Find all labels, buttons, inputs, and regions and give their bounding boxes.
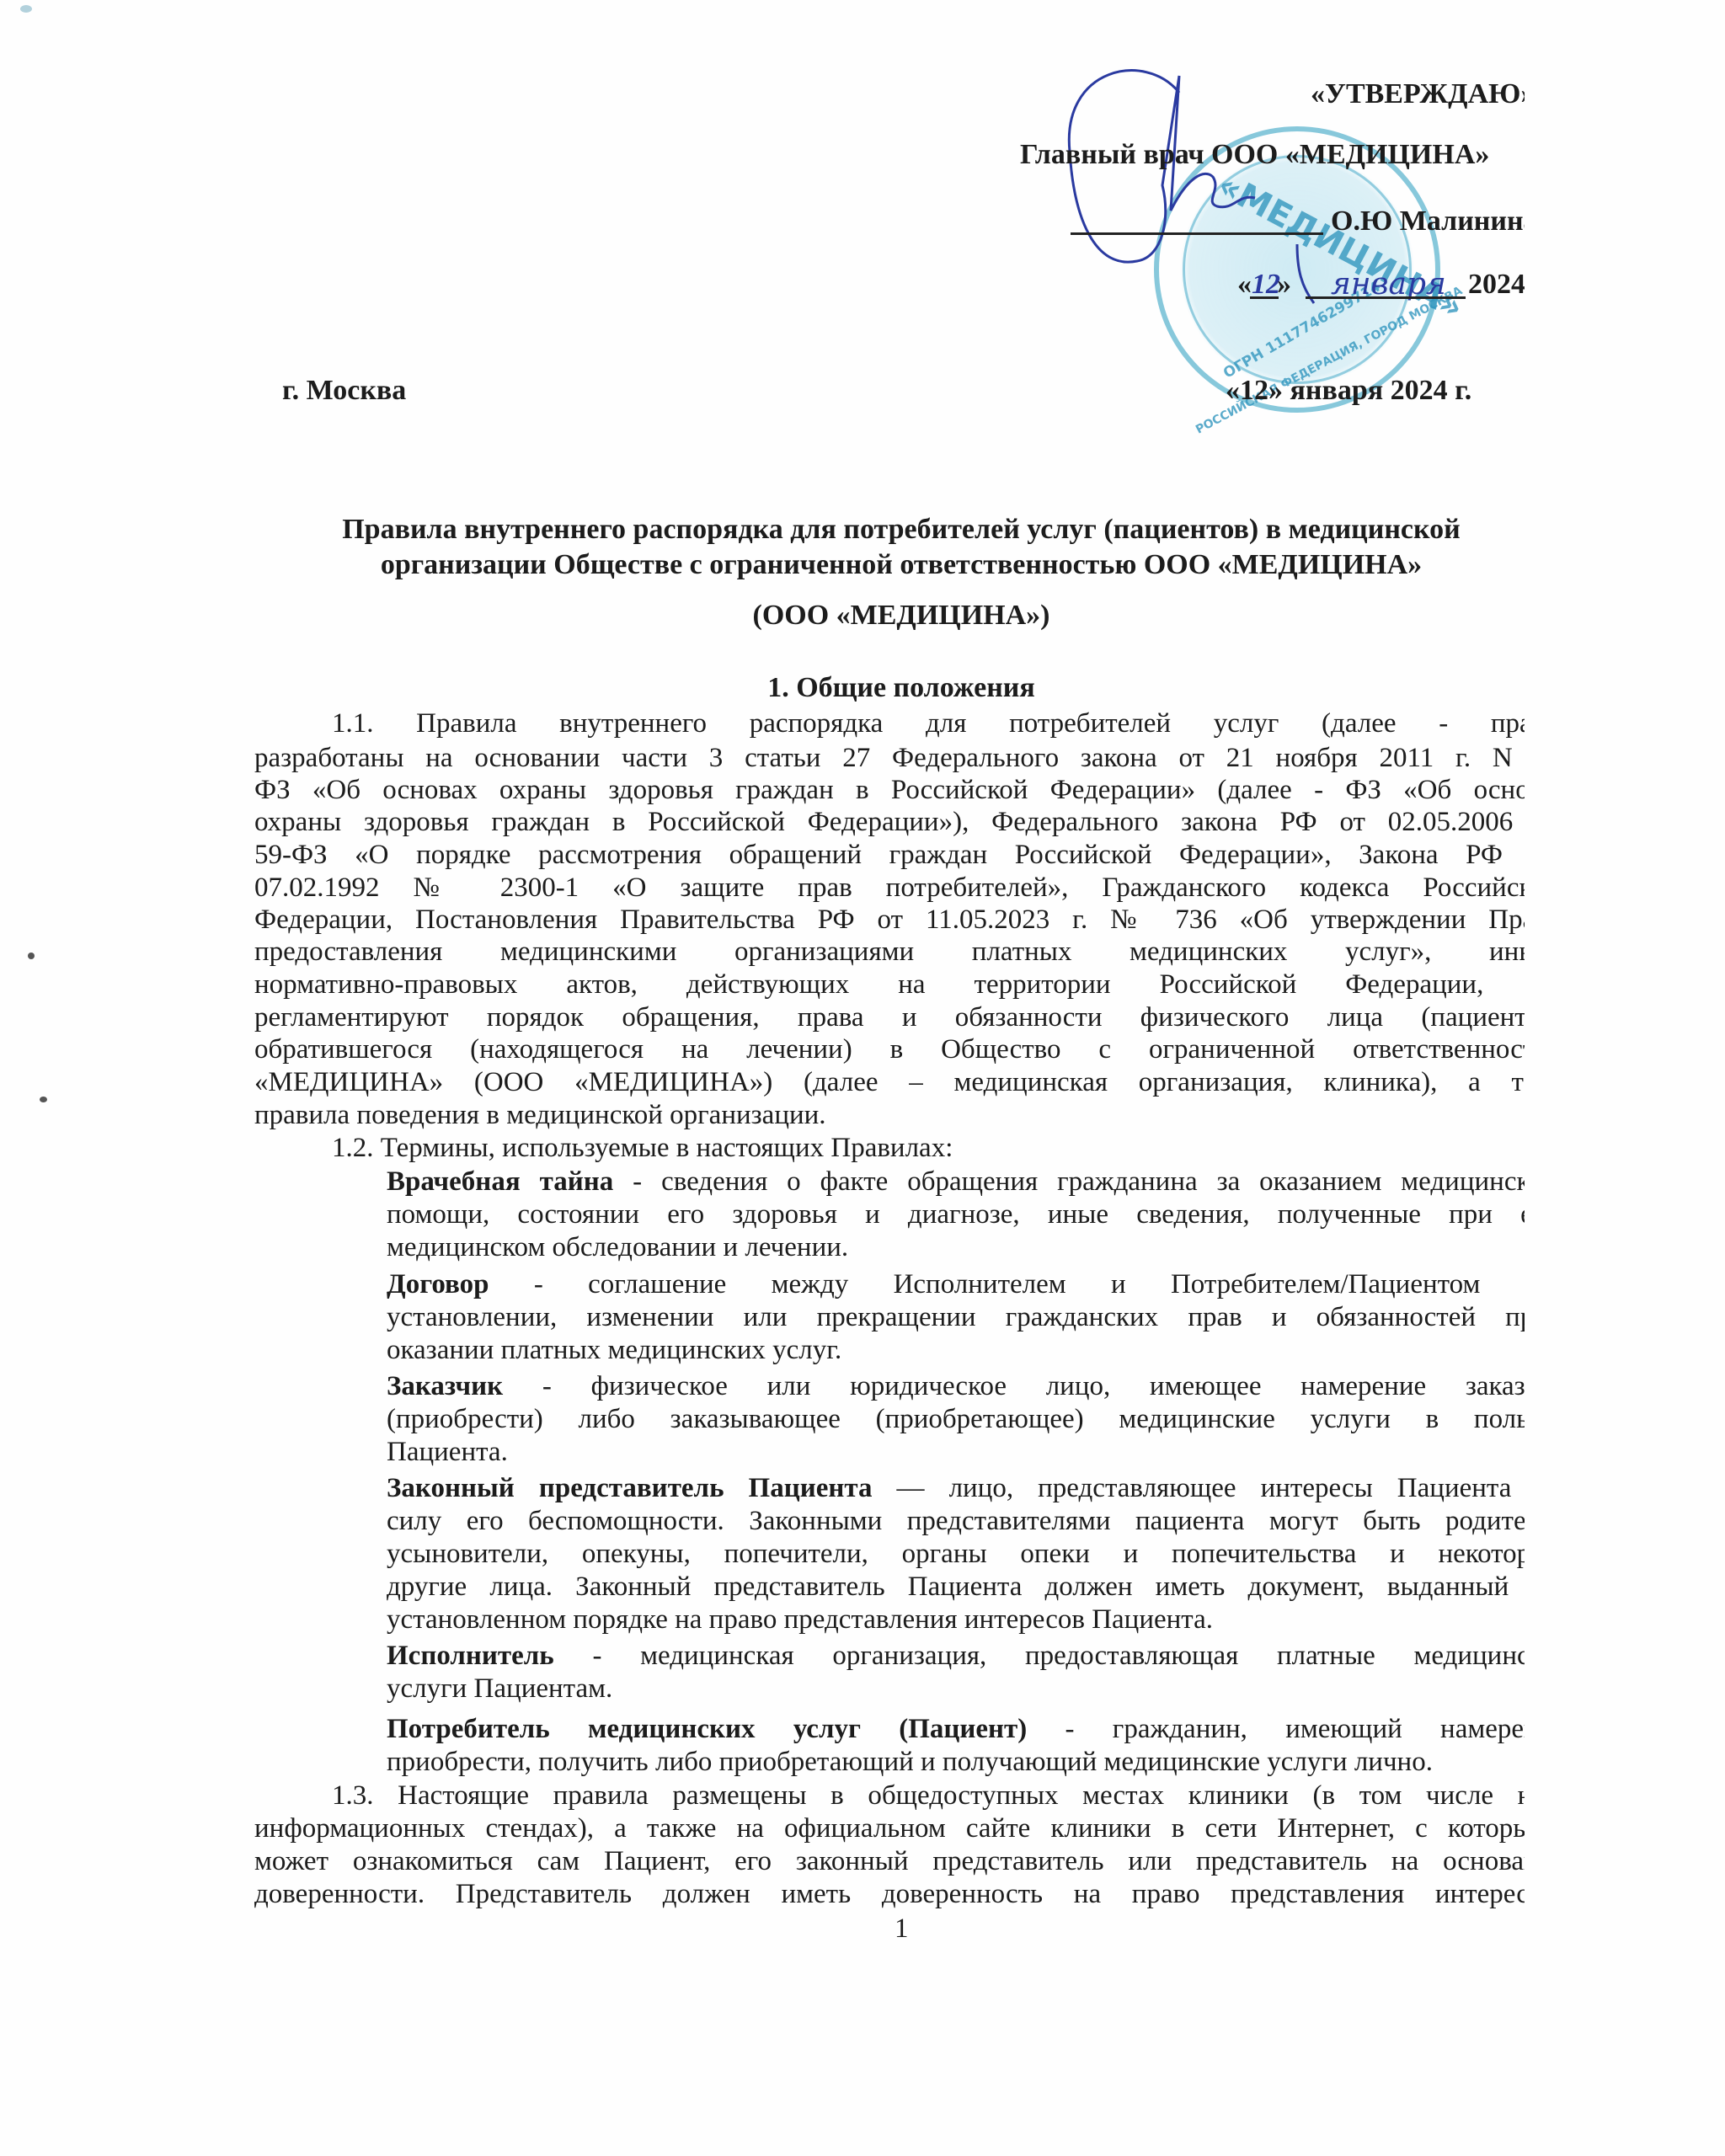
text-line: помощи, состоянии его здоровья и диагноз… (387, 1198, 1525, 1231)
text-line: обратившегося (находящегося на лечении) … (254, 1033, 1525, 1066)
text-line: Врачебная тайна - сведения о факте обращ… (387, 1165, 1525, 1198)
text-line: оказании платных медицинских услуг. (387, 1333, 841, 1367)
text-line: 1.3. Настоящие правила размещены в общед… (332, 1779, 1525, 1812)
approval-label: «УТВЕРЖДАЮ» (1311, 77, 1525, 111)
text-line: силу его беспомощности. Законными предст… (387, 1504, 1525, 1538)
term-label: Договор (387, 1269, 489, 1299)
text-line: ФЗ «Об основах охраны здоровья граждан в… (254, 773, 1525, 807)
text-line: доверенности. Представитель должен иметь… (254, 1877, 1525, 1911)
text-line: Федерации, Постановления Правительства Р… (254, 903, 1525, 937)
page-number: 1 (895, 1913, 909, 1945)
term-label: Исполнитель (387, 1641, 554, 1671)
date-month-line (1306, 296, 1466, 299)
text-line: Исполнитель - медицинская организация, п… (387, 1639, 1525, 1673)
text-line: разработаны на основании части 3 статьи … (254, 741, 1525, 775)
section-heading: 1. Общие положения (286, 670, 1516, 706)
text-line: предоставления медицинскими организациям… (254, 935, 1525, 969)
document-place: г. Москва (282, 374, 406, 408)
document-date: «12» января 2024 г. (1226, 374, 1471, 408)
text-line: усыновители, опекуны, попечители, органы… (387, 1537, 1525, 1571)
term-label: Законный представитель Пациента (387, 1473, 873, 1503)
text-line: 1.1. Правила внутреннего распорядка для … (332, 707, 1525, 740)
text-line: информационных стендах), а также на офиц… (254, 1812, 1525, 1845)
text-line: медицинском обследовании и лечении. (387, 1230, 848, 1264)
text-line: 59-ФЗ «О порядке рассмотрения обращений … (254, 838, 1525, 872)
approval-signatory: О.Ю Малинина (1331, 205, 1525, 238)
document-title-line-2: организации Обществе с ограниченной отве… (286, 547, 1516, 583)
text-line: Законный представитель Пациента — лицо, … (387, 1471, 1525, 1505)
document-page: «МЕДИЦИНА» ОГРН 1117746299714 РОССИЙСКАЯ… (0, 0, 1725, 2156)
term-label: Заказчик (387, 1371, 503, 1401)
text-line: установлении, изменении или прекращении … (387, 1300, 1525, 1334)
approval-date-year: 2024 (1468, 268, 1525, 302)
text-line: нормативно-правовых актов, действующих н… (254, 968, 1525, 1001)
text-line: Заказчик - физическое или юридическое ли… (387, 1369, 1525, 1403)
page-content: «УТВЕРЖДАЮ» Главный врач ООО «МЕДИЦИНА» … (0, 0, 1525, 2156)
date-day-line (1250, 296, 1279, 299)
text-line: правила поведения в медицинской организа… (254, 1098, 826, 1132)
text-line: регламентируют порядок обращения, права … (254, 1001, 1525, 1034)
text-line: другие лица. Законный представитель Паци… (387, 1570, 1525, 1604)
approval-position: Главный врач ООО «МЕДИЦИНА» (1020, 138, 1489, 172)
text-line: охраны здоровья граждан в Российской Фед… (254, 805, 1525, 839)
document-title-line-1: Правила внутреннего распорядка для потре… (286, 512, 1516, 547)
term-label: Врачебная тайна (387, 1166, 613, 1197)
term-label: Потребитель медицинских услуг (Пациент) (387, 1714, 1027, 1744)
text-line: (приобрести) либо заказывающее (приобрет… (387, 1402, 1525, 1436)
text-line: «МЕДИЦИНА» (ООО «МЕДИЦИНА») (далее – мед… (254, 1065, 1525, 1099)
text-line: услуги Пациентам. (387, 1672, 612, 1705)
text-line: 07.02.1992 № 2300-1 «О защите прав потре… (254, 871, 1525, 905)
text-line: приобрести, получить либо приобретающий … (387, 1745, 1433, 1779)
paragraph-1-2: 1.2. Термины, используемые в настоящих П… (332, 1131, 953, 1165)
text-line: может ознакомиться сам Пациент, его зако… (254, 1844, 1525, 1878)
text-line: Пациента. (387, 1435, 508, 1469)
text-line: Потребитель медицинских услуг (Пациент) … (387, 1712, 1525, 1746)
signature-line (1071, 232, 1323, 235)
document-title-line-3: (ООО «МЕДИЦИНА») (286, 598, 1516, 633)
text-line: установленном порядке на право представл… (387, 1603, 1213, 1636)
text-line: Договор - соглашение между Исполнителем … (387, 1267, 1525, 1301)
